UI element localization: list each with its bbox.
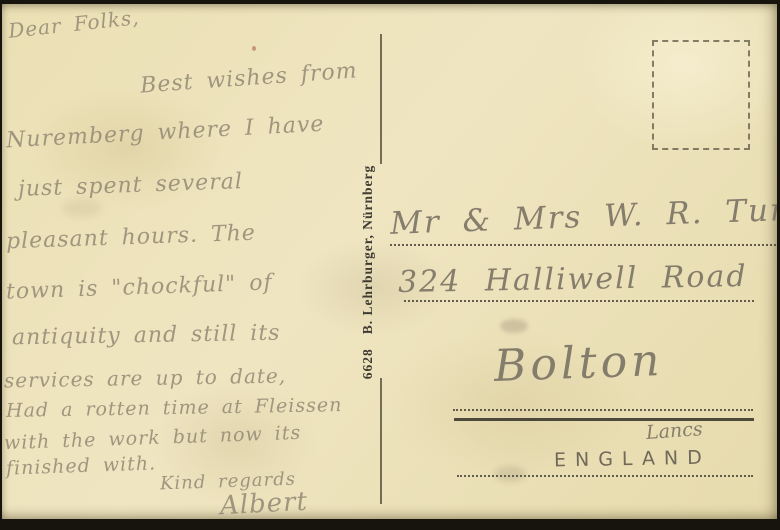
address-name: Mr & Mrs W. R. Turpel (390, 190, 777, 242)
message-line: Nuremberg where I have (6, 112, 325, 154)
message-line: finished with. (6, 452, 157, 479)
address-rule-2 (404, 300, 754, 302)
message-line: just spent several (18, 169, 244, 202)
divider-line-bottom (380, 378, 382, 504)
age-spot-red (252, 46, 256, 51)
address-rule-1 (390, 244, 776, 246)
divider-line-top (380, 34, 382, 164)
message-line: town is "chockful" of (6, 270, 273, 304)
publisher-number: 6628 (360, 348, 375, 379)
age-smudge (494, 466, 526, 482)
message-line: with the work but now its (4, 422, 302, 454)
postcard-back: Dear Folks, Best wishes from Nuremberg w… (2, 4, 777, 519)
message-line: pleasant hours. The (6, 221, 257, 255)
message-line: Dear Folks, (7, 5, 140, 43)
address-country: ENGLAND (554, 447, 711, 472)
publisher-name: B. Lehrburger, Nürnberg (360, 165, 375, 335)
age-smudge (62, 199, 102, 217)
age-smudge (500, 319, 528, 333)
address-county: Lancs (645, 418, 703, 444)
address-town: Bolton (493, 335, 664, 392)
address-street: 324 Halliwell Road (398, 259, 748, 300)
message-line: Best wishes from (139, 58, 358, 98)
message-signature: Albert (219, 487, 308, 519)
publisher-imprint: 6628B. Lehrburger, Nürnberg (360, 165, 376, 380)
message-line: services are up to date, (4, 364, 287, 393)
address-rule-3 (453, 409, 753, 411)
message-line: Had a rotten time at Fleissen (6, 394, 343, 422)
stamp-box (652, 40, 750, 150)
message-line: antiquity and still its (12, 321, 281, 351)
address-rule-solid (454, 418, 754, 421)
